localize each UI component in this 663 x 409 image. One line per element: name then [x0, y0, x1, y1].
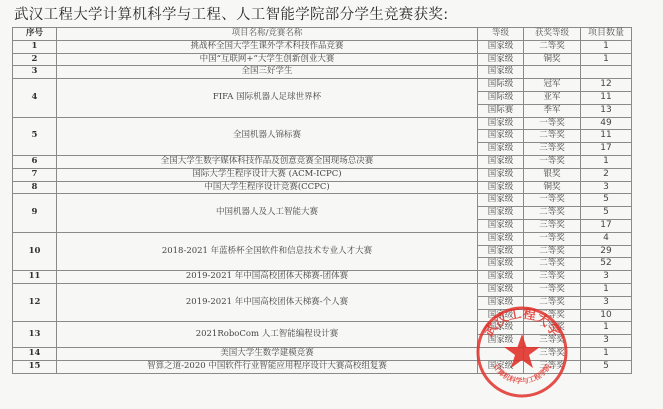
awards-table: 序号 项目名称/竞赛名称 等级 获奖等级 项目数量 1 挑战杯全国大学生课外学术… — [12, 27, 632, 374]
row-level: 国家级 — [478, 232, 524, 245]
row-level: 国家级 — [478, 258, 524, 271]
row-level: 国家级 — [478, 181, 524, 194]
row-award: 二等奖 — [524, 207, 581, 220]
row-count: 13 — [581, 104, 632, 117]
row-name: 全国三好学生 — [57, 66, 478, 79]
row-count: 1 — [581, 347, 632, 360]
row-seq: 7 — [13, 168, 57, 181]
row-award: 银奖 — [524, 168, 581, 181]
row-count: 1 — [581, 53, 632, 66]
row-seq: 14 — [13, 347, 57, 360]
table-row: 4 FIFA 国际机器人足球世界杯 国际级 冠军 12 — [13, 79, 632, 92]
row-count: 3 — [581, 181, 632, 194]
row-seq: 12 — [13, 283, 57, 321]
row-award: 三等奖 — [524, 360, 581, 373]
header-level: 等级 — [478, 28, 524, 41]
row-count: 3 — [581, 335, 632, 348]
row-seq: 11 — [13, 271, 57, 284]
row-award: 冠军 — [524, 79, 581, 92]
row-level: 国家级 — [478, 335, 524, 348]
row-level: 国家级 — [478, 66, 524, 79]
row-seq: 15 — [13, 360, 57, 373]
row-count: 11 — [581, 130, 632, 143]
row-seq: 9 — [13, 194, 57, 232]
row-award: 一等奖 — [524, 232, 581, 245]
table-row: 10 2018-2021 年蓝桥杯全国软件和信息技术专业人才大赛 国家级 一等奖… — [13, 232, 632, 245]
header-award: 获奖等级 — [524, 28, 581, 41]
row-seq: 5 — [13, 117, 57, 155]
row-award — [524, 66, 581, 79]
row-name: FIFA 国际机器人足球世界杯 — [57, 79, 478, 117]
row-name: 智算之道-2020 中国软件行业智能应用程序设计大赛高校组复赛 — [57, 360, 478, 373]
row-level: 国家级 — [478, 309, 524, 322]
row-seq: 2 — [13, 53, 57, 66]
row-level: 国家级 — [478, 322, 524, 335]
row-level: 国家级 — [478, 53, 524, 66]
row-level: 国家级 — [478, 207, 524, 220]
row-count: 3 — [581, 271, 632, 284]
page-title: 武汉工程大学计算机科学与工程、人工智能学院部分学生竞赛获奖: — [14, 3, 448, 24]
header-seq: 序号 — [13, 28, 57, 41]
row-award: 三等奖 — [524, 335, 581, 348]
row-count: 1 — [581, 155, 632, 168]
row-award: 三等奖 — [524, 219, 581, 232]
row-count: 5 — [581, 207, 632, 220]
row-level — [478, 347, 524, 360]
row-level: 国家级 — [478, 40, 524, 53]
row-award: 一等奖 — [524, 194, 581, 207]
row-award: 二等奖 — [524, 245, 581, 258]
table-row: 11 2019-2021 年中国高校团体天梯赛-团体赛 国家级 三等奖 3 — [13, 271, 632, 284]
row-level: 国家级 — [478, 296, 524, 309]
row-count: 17 — [581, 219, 632, 232]
table-row: 15 智算之道-2020 中国软件行业智能应用程序设计大赛高校组复赛 国家级 三… — [13, 360, 632, 373]
row-seq: 1 — [13, 40, 57, 53]
table-row: 9 中国机器人及人工智能大赛 国家级 一等奖 5 — [13, 194, 632, 207]
row-count: 3 — [581, 296, 632, 309]
row-level: 国家级 — [478, 219, 524, 232]
header-count: 项目数量 — [581, 28, 632, 41]
row-seq: 6 — [13, 155, 57, 168]
row-award: 季军 — [524, 104, 581, 117]
row-name: 美国大学生数学建模竞赛 — [57, 347, 478, 360]
row-level: 国家级 — [478, 245, 524, 258]
row-seq: 8 — [13, 181, 57, 194]
row-award: 三等奖 — [524, 347, 581, 360]
row-count: 52 — [581, 258, 632, 271]
row-level: 国家级 — [478, 168, 524, 181]
row-seq: 10 — [13, 232, 57, 270]
table-row: 7 国际大学生程序设计大赛 (ACM-ICPC) 国家级 银奖 2 — [13, 168, 632, 181]
row-level: 国家级 — [478, 360, 524, 373]
row-seq: 4 — [13, 79, 57, 117]
row-count: 1 — [581, 322, 632, 335]
row-level: 国家级 — [478, 194, 524, 207]
row-count: 49 — [581, 117, 632, 130]
row-level: 国家级 — [478, 143, 524, 156]
table-row: 12 2019-2021 年中国高校团体天梯赛-个人赛 国家级 一等奖 1 — [13, 283, 632, 296]
row-name: 2019-2021 年中国高校团体天梯赛-个人赛 — [57, 283, 478, 321]
row-award: 一等奖 — [524, 117, 581, 130]
row-count: 11 — [581, 91, 632, 104]
row-count: 1 — [581, 40, 632, 53]
row-award: 亚军 — [524, 91, 581, 104]
row-name: 中国机器人及人工智能大赛 — [57, 194, 478, 232]
row-level: 国家级 — [478, 283, 524, 296]
row-count: 4 — [581, 232, 632, 245]
row-count: 12 — [581, 79, 632, 92]
row-award: 三等奖 — [524, 309, 581, 322]
row-name: 全国机器人锦标赛 — [57, 117, 478, 155]
row-award: 三等奖 — [524, 143, 581, 156]
row-count — [581, 66, 632, 79]
row-level: 国际级 — [478, 79, 524, 92]
table-row: 8 中国大学生程序设计竞赛(CCPC) 国家级 铜奖 3 — [13, 181, 632, 194]
row-award: 二等奖 — [524, 130, 581, 143]
header-name: 项目名称/竞赛名称 — [57, 28, 478, 41]
table-row: 2 中国“互联网+”大学生创新创业大赛 国家级 铜奖 1 — [13, 53, 632, 66]
row-level: 国际级 — [478, 91, 524, 104]
row-count: 5 — [581, 194, 632, 207]
row-name: 全国大学生数字媒体科技作品及创意竞赛全国现场总决赛 — [57, 155, 478, 168]
row-count: 5 — [581, 360, 632, 373]
row-name: 中国“互联网+”大学生创新创业大赛 — [57, 53, 478, 66]
row-award: 一等奖 — [524, 322, 581, 335]
row-award: 一等奖 — [524, 155, 581, 168]
row-name: 2018-2021 年蓝桥杯全国软件和信息技术专业人才大赛 — [57, 232, 478, 270]
table-row: 5 全国机器人锦标赛 国家级 一等奖 49 — [13, 117, 632, 130]
table-row: 14 美国大学生数学建模竞赛 三等奖 1 — [13, 347, 632, 360]
row-award: 铜奖 — [524, 53, 581, 66]
row-level: 国家级 — [478, 271, 524, 284]
row-award: 二等奖 — [524, 296, 581, 309]
row-award: 二等奖 — [524, 258, 581, 271]
table-row: 1 挑战杯全国大学生课外学术科技作品竞赛 国家级 二等奖 1 — [13, 40, 632, 53]
row-award: 一等奖 — [524, 283, 581, 296]
row-count: 2 — [581, 168, 632, 181]
row-seq: 13 — [13, 322, 57, 348]
row-award: 二等奖 — [524, 40, 581, 53]
table-row: 6 全国大学生数字媒体科技作品及创意竞赛全国现场总决赛 国家级 一等奖 1 — [13, 155, 632, 168]
row-award: 铜奖 — [524, 181, 581, 194]
row-name: 国际大学生程序设计大赛 (ACM-ICPC) — [57, 168, 478, 181]
row-name: 中国大学生程序设计竞赛(CCPC) — [57, 181, 478, 194]
row-name: 2019-2021 年中国高校团体天梯赛-团体赛 — [57, 271, 478, 284]
table-row: 3 全国三好学生 国家级 — [13, 66, 632, 79]
table-row: 13 2021RoboCom 人工智能编程设计赛 国家级 一等奖 1 — [13, 322, 632, 335]
row-award: 三等奖 — [524, 271, 581, 284]
row-level: 国家级 — [478, 155, 524, 168]
row-level: 国家级 — [478, 117, 524, 130]
row-level: 国家级 — [478, 130, 524, 143]
row-count: 29 — [581, 245, 632, 258]
row-name: 2021RoboCom 人工智能编程设计赛 — [57, 322, 478, 348]
table-header-row: 序号 项目名称/竞赛名称 等级 获奖等级 项目数量 — [13, 28, 632, 41]
row-level: 国际赛 — [478, 104, 524, 117]
row-name: 挑战杯全国大学生课外学术科技作品竞赛 — [57, 40, 478, 53]
row-count: 17 — [581, 143, 632, 156]
row-count: 1 — [581, 283, 632, 296]
row-count: 10 — [581, 309, 632, 322]
row-seq: 3 — [13, 66, 57, 79]
